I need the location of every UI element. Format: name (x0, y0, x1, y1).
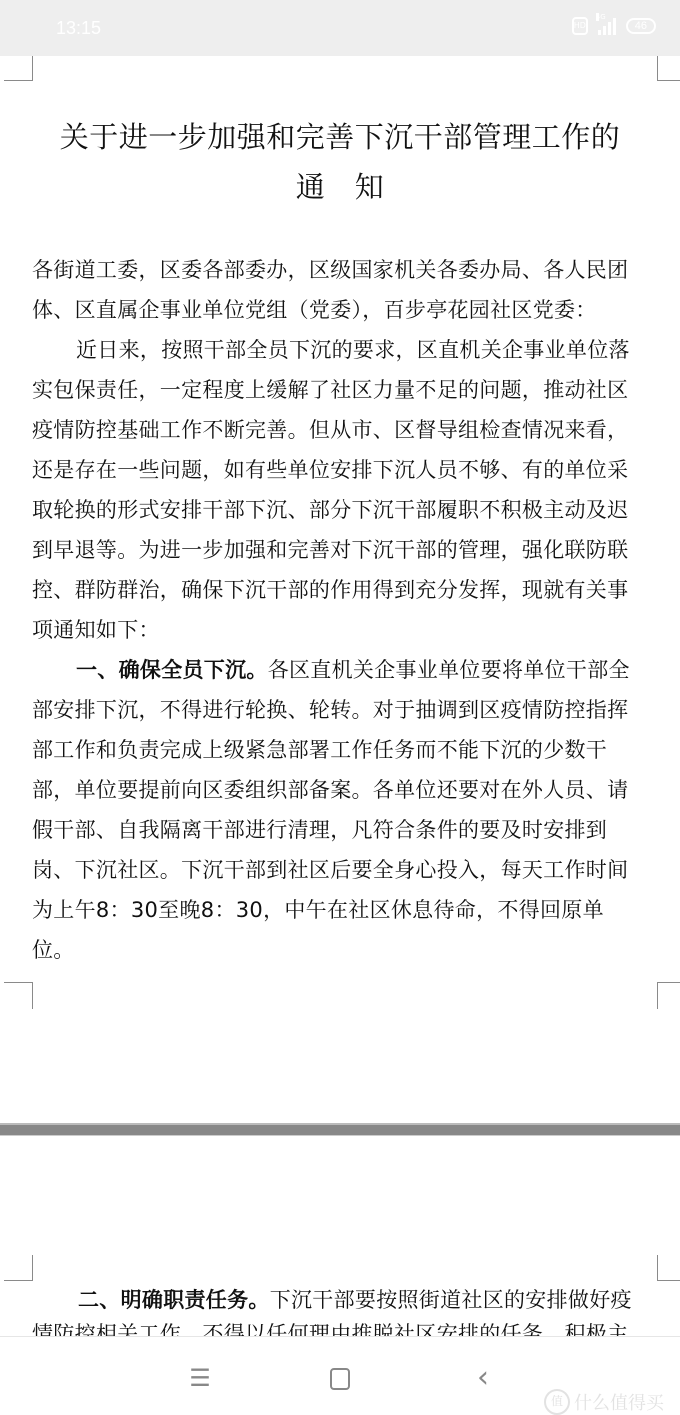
home-icon (330, 1368, 350, 1390)
status-bar: 13:15 HD 4G 46 (0, 0, 680, 56)
section-2-heading: 二、明确职责任务。 (78, 1288, 270, 1312)
body-line: 还是存在一些问题，如有些单位安排下沉人员不够、有的单位采 (32, 454, 652, 484)
signal-icon: 4G (598, 17, 616, 35)
status-time: 13:15 (56, 18, 101, 39)
body-line: 到早退等。为进一步加强和完善对下沉干部的管理，强化联防联 (32, 534, 652, 564)
back-button[interactable]: ‹ (468, 1363, 498, 1393)
navigation-bar: ☰ ‹ 值 什么值得买 (0, 1336, 680, 1415)
crop-mark-bottom-right (657, 982, 680, 1009)
section-1-first-line: 一、确保全员下沉。各区直机关企事业单位要将单位干部全 (76, 654, 680, 684)
body-line: 体、区直属企事业单位党组（党委），百步亭花园社区党委： (32, 294, 652, 324)
body-line: 取轮换的形式安排干部下沉、部分下沉干部履职不积极主动及迟 (32, 494, 652, 524)
network-type: 4G (596, 13, 599, 21)
battery-icon: 46 (626, 18, 656, 34)
page-separator (0, 1123, 680, 1136)
menu-button[interactable]: ☰ (185, 1363, 215, 1393)
body-line: 岗、下沉社区。下沉干部到社区后要全身心投入，每天工作时间 (32, 854, 652, 884)
hd-icon: HD (572, 17, 588, 35)
menu-icon: ☰ (189, 1364, 211, 1392)
body-line: 近日来，按照干部全员下沉的要求，区直机关企事业单位落 (76, 334, 680, 364)
document-title-line2: 通 知 (0, 165, 680, 206)
clipped-line: 情防控相关工作，不得以任何理由推脱社区安排的任务，积极主 (32, 1322, 652, 1336)
watermark: 值 什么值得买 (544, 1389, 664, 1415)
section-1-heading: 一、确保全员下沉。 (76, 658, 268, 682)
document-title: 关于进一步加强和完善下沉干部管理工作的 (0, 115, 680, 156)
body-line: 部，单位要提前向区委组织部备案。各单位还要对在外人员、请 (32, 774, 652, 804)
body-line: 项通知如下： (32, 614, 652, 644)
clipped-line-text: 情防控相关工作，不得以任何理由推脱社区安排的任务，积极主 (32, 1322, 628, 1336)
crop-mark-top-left (4, 1255, 33, 1281)
watermark-logo-icon: 值 (544, 1389, 570, 1415)
body-line: 部工作和负责完成上级紧急部署工作任务而不能下沉的少数干 (32, 734, 652, 764)
body-line: 为上午8：30至晚8：30，中午在社区休息待命，不得回原单 (32, 894, 652, 924)
crop-mark-top-left (4, 56, 33, 81)
section-1-text: 各区直机关企事业单位要将单位干部全 (268, 658, 630, 682)
status-icons: HD 4G 46 (572, 17, 656, 35)
body-line: 控、群防群治，确保下沉干部的作用得到充分发挥，现就有关事 (32, 574, 652, 604)
watermark-text: 什么值得买 (574, 1389, 664, 1415)
body-line: 假干部、自我隔离干部进行清理，凡符合条件的要及时安排到 (32, 814, 652, 844)
crop-mark-bottom-left (4, 982, 33, 1009)
body-line: 位。 (32, 934, 652, 964)
home-button[interactable] (325, 1363, 355, 1393)
crop-mark-top-right (657, 56, 680, 81)
back-icon: ‹ (477, 1360, 489, 1395)
section-2-first-line: 二、明确职责任务。下沉干部要按照街道社区的安排做好疫 (78, 1284, 680, 1314)
body-line: 各街道工委，区委各部委办，区级国家机关各委办局、各人民团 (32, 254, 652, 284)
body-line: 部安排下沉，不得进行轮换、轮转。对于抽调到区疫情防控指挥 (32, 694, 652, 724)
crop-mark-top-right (657, 1255, 680, 1281)
section-2-text: 下沉干部要按照街道社区的安排做好疫 (270, 1288, 632, 1312)
body-line: 实包保责任，一定程度上缓解了社区力量不足的问题，推动社区 (32, 374, 652, 404)
body-line: 疫情防控基础工作不断完善。但从市、区督导组检查情况来看， (32, 414, 652, 444)
